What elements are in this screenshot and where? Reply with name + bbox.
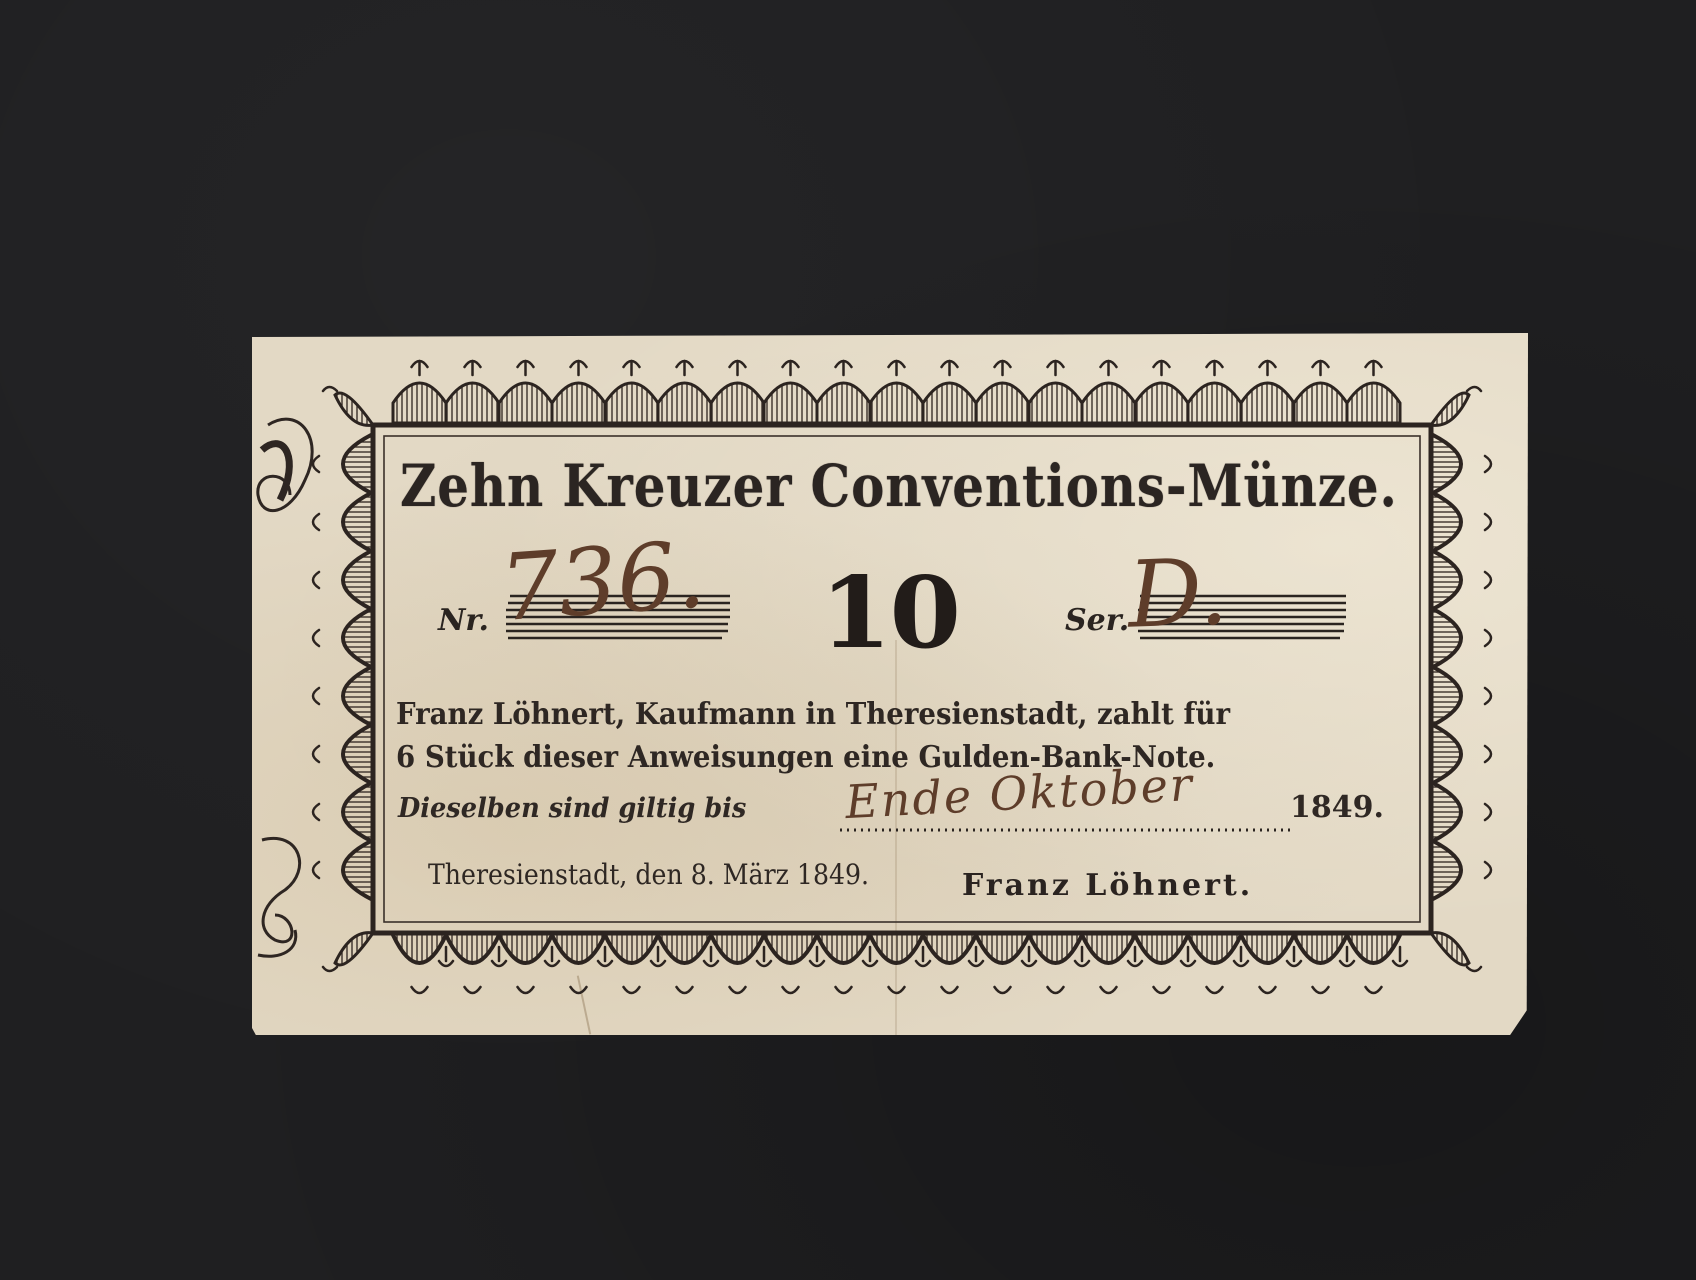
number-label: Nr.: [438, 603, 489, 638]
validity-label: Dieselben sind giltig bis: [398, 793, 746, 824]
denomination: 10: [820, 556, 959, 671]
handwritten-series: D.: [1126, 538, 1229, 648]
photo-stage: Zehn Kreuzer Conventions-Münze. Nr. 10 S…: [0, 0, 1696, 1280]
validity-year: 1849.: [1290, 790, 1384, 825]
series-label: Ser.: [1065, 603, 1129, 638]
banknote-heading: Zehn Kreuzer Conventions-Münze.: [400, 452, 1398, 520]
issuer-text-line-1: Franz Löhnert, Kaufmann in Theresienstad…: [396, 697, 1230, 732]
place-and-date: Theresienstadt, den 8. März 1849.: [428, 858, 869, 891]
printed-signature: Franz Löhnert.: [962, 868, 1253, 903]
flourish-left: [258, 419, 312, 956]
handwritten-number: 736.: [497, 521, 709, 642]
